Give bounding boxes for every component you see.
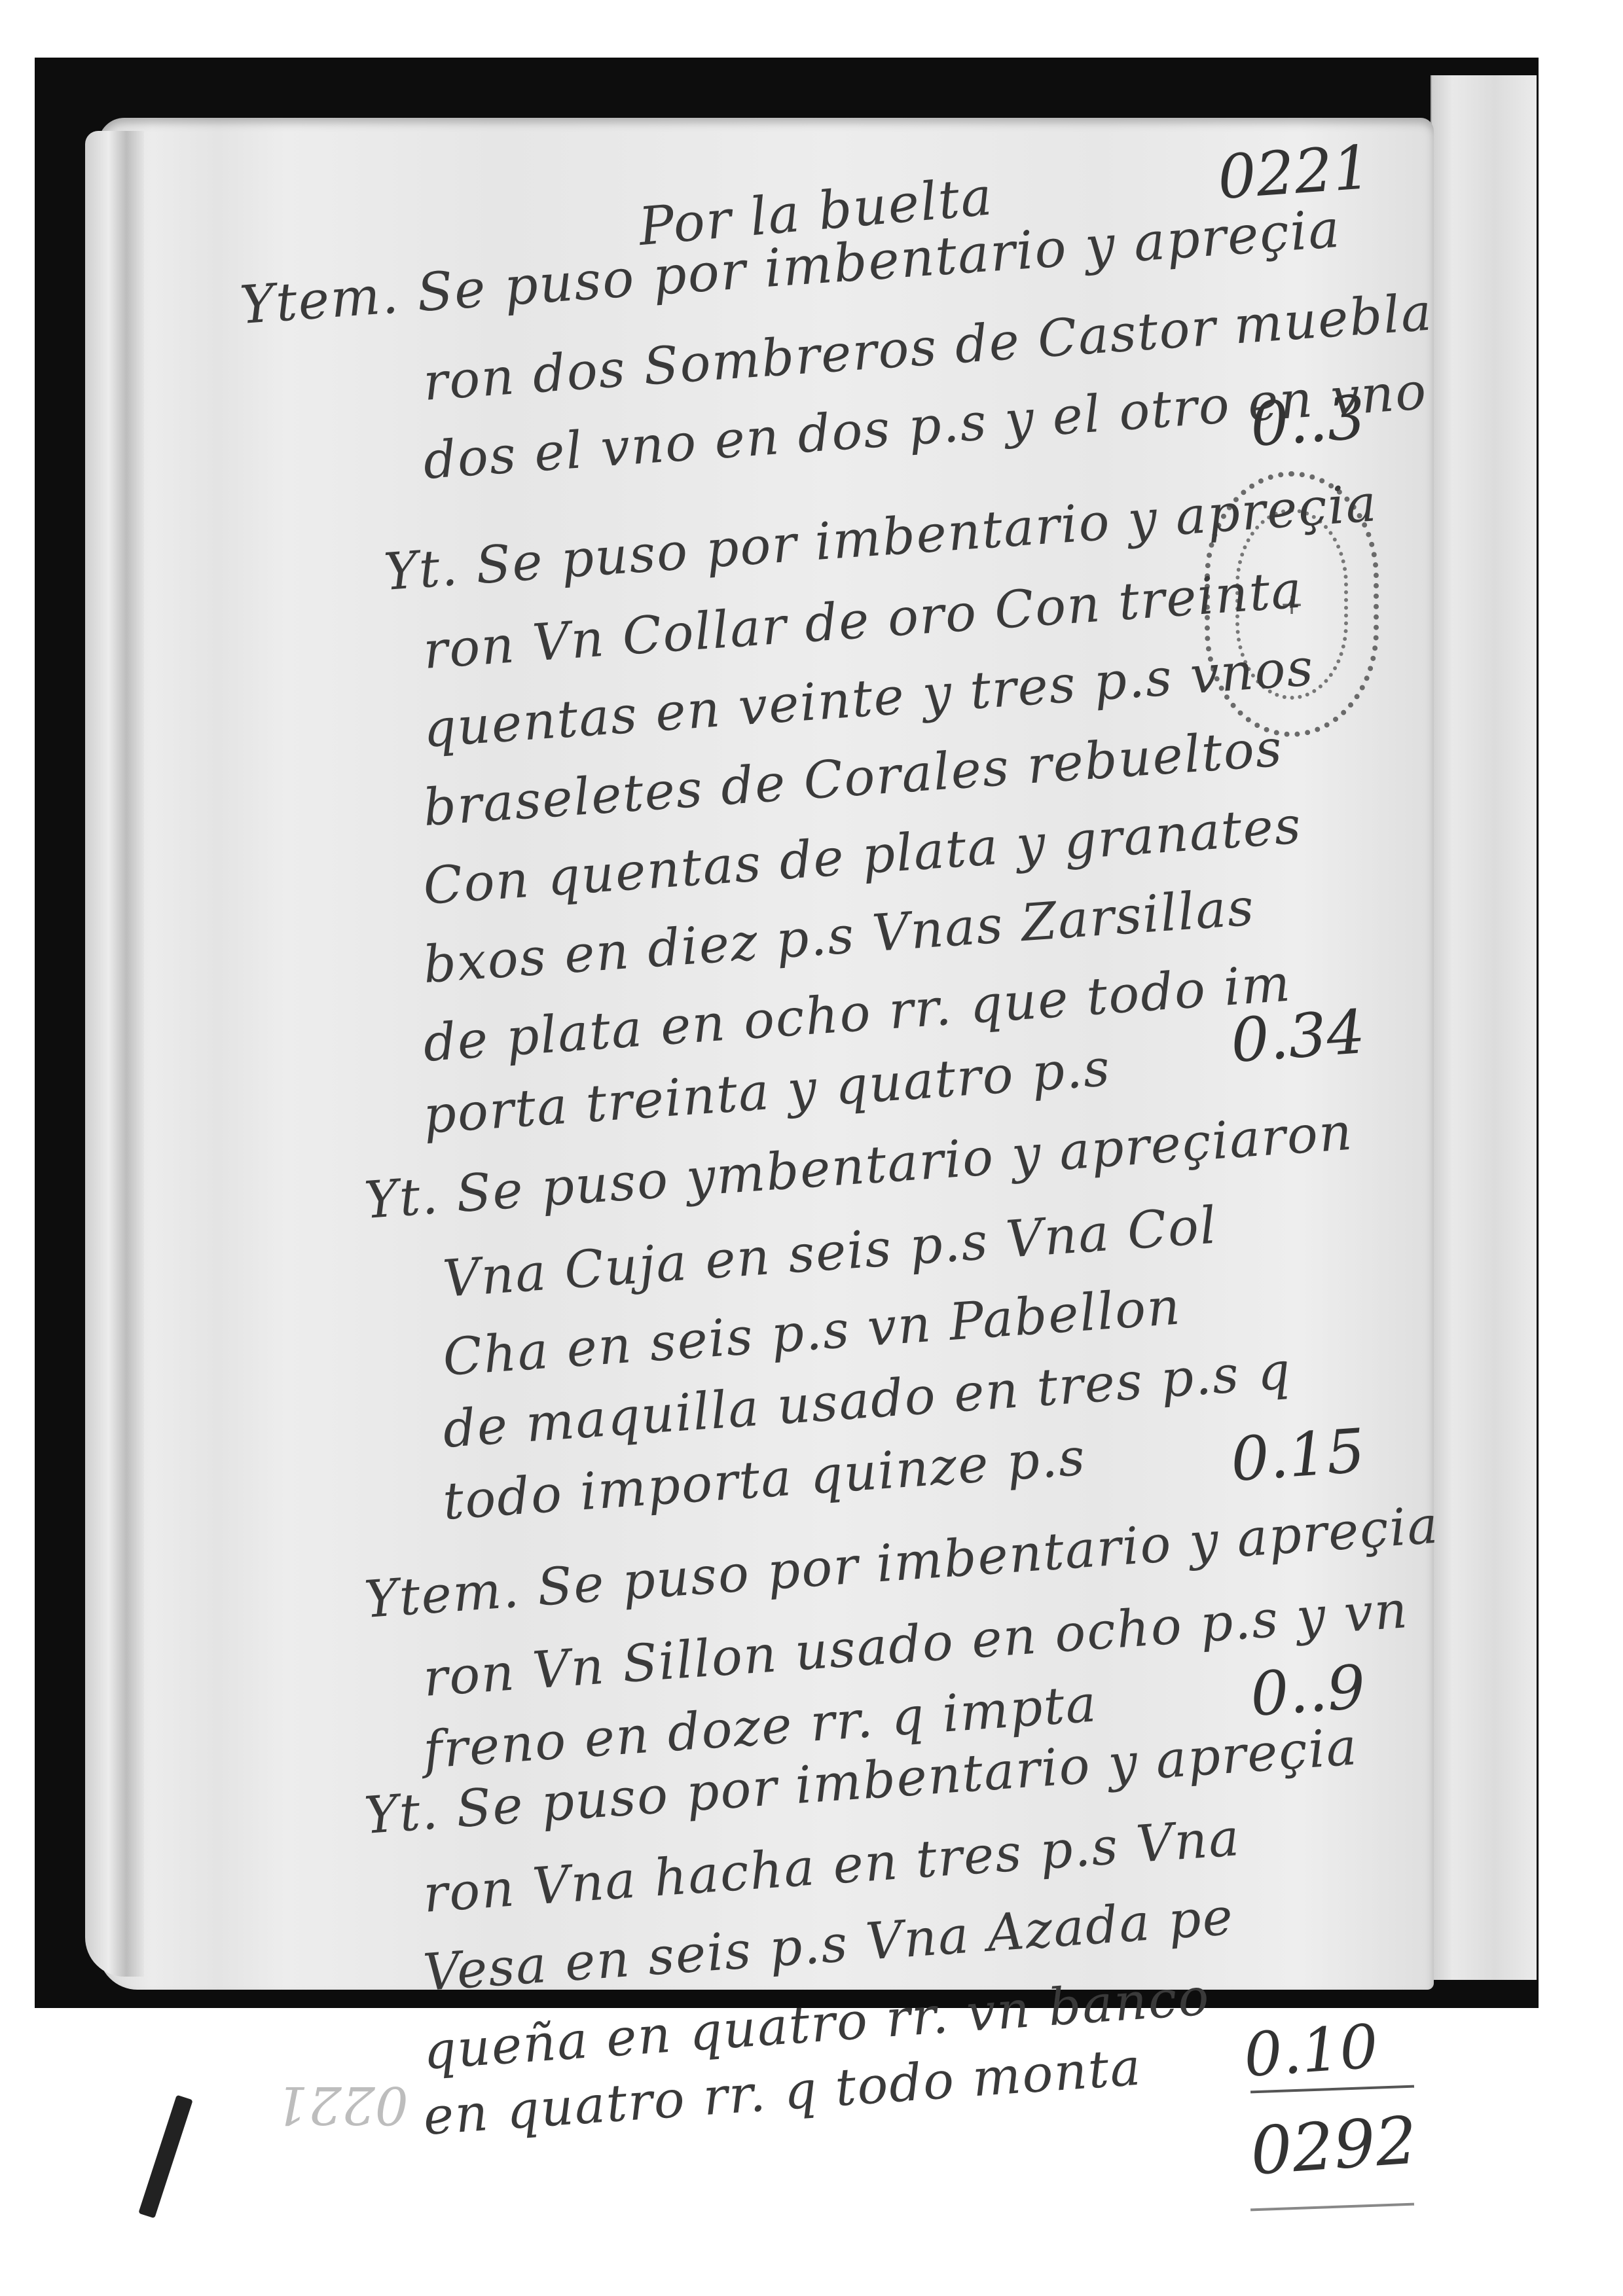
entry-3-amount: 0.15 — [1229, 1416, 1368, 1495]
entry-1-amount: 0..3 — [1248, 382, 1368, 460]
entry-5-amount: 0.10 — [1242, 2011, 1381, 2090]
page-binding-fold — [85, 131, 144, 1977]
entry-2-amount: 0.34 — [1229, 997, 1368, 1076]
bleed-through-folio: 0221 — [275, 2075, 409, 2136]
adjacent-page-edge — [1431, 75, 1537, 1980]
page-total: 0292 — [1248, 2102, 1419, 2189]
total-rule-bottom — [1250, 2203, 1414, 2212]
binding-ribbon — [138, 2095, 192, 2219]
